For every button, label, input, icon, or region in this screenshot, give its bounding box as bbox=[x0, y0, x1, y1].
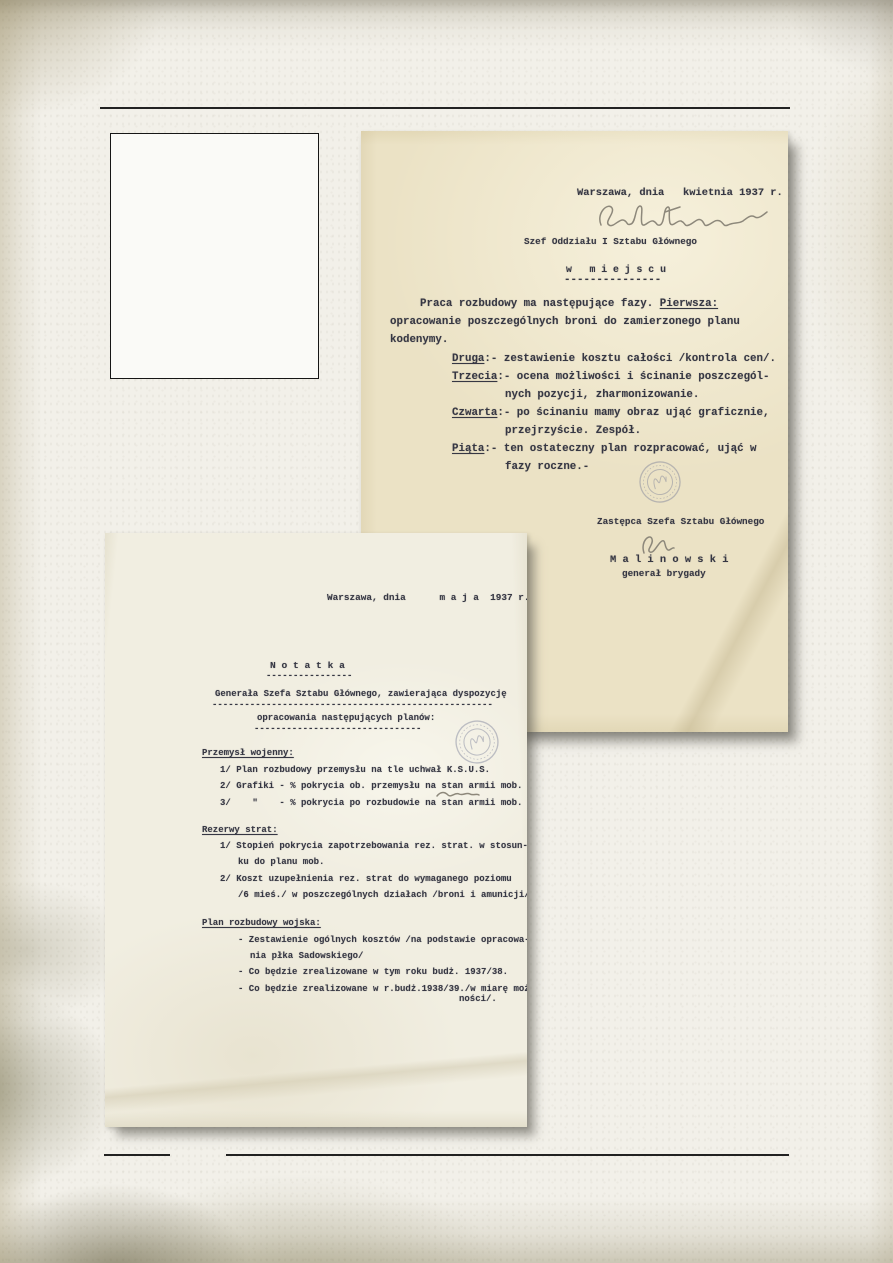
phase-5-line: Piąta:- ten ostateczny plan rozpracować,… bbox=[452, 444, 757, 456]
phase-2-line: Druga:- zestawienie kosztu całości /kont… bbox=[452, 354, 776, 366]
phase-4-line: Czwarta:- po ścinaniu mamy obraz ująć gr… bbox=[452, 408, 770, 420]
list-item-continuation: ku do planu mob. bbox=[238, 858, 324, 868]
top-divider-rule bbox=[100, 107, 790, 109]
image-placeholder-box bbox=[110, 133, 319, 379]
list-item: - Zestawienie ogólnych kosztów /na podst… bbox=[238, 936, 527, 946]
paragraph-line-3: kodenymy. bbox=[390, 335, 448, 347]
section-heading-rezerwy-strat: Rezerwy strat: bbox=[202, 826, 278, 836]
phase-1-label: Pierwsza: bbox=[660, 298, 718, 310]
phase-3-label: Trzecia bbox=[452, 371, 497, 383]
date-line: Warszawa, dnia m a j a 1937 r. bbox=[327, 593, 527, 603]
list-item: 2/ Koszt uzupełnienia rez. strat do wyma… bbox=[220, 875, 512, 885]
signatory-name: M a l i n o w s k i bbox=[610, 555, 728, 566]
list-item-continuation: nia płka Sadowskiego/ bbox=[250, 952, 363, 962]
document-may-1937: Warszawa, dnia m a j a 1937 r. N o t a t… bbox=[105, 533, 527, 1127]
subtitle-2-underline: ------------------------------- bbox=[254, 725, 421, 735]
list-item: 1/ Plan rozbudowy przemysłu na tle uchwa… bbox=[220, 766, 490, 776]
phase-4-label: Czwarta bbox=[452, 407, 497, 419]
paragraph-line-1-plain: Praca rozbudowy ma następujące fazy. bbox=[420, 298, 660, 310]
bottom-divider-rule-long bbox=[226, 1154, 789, 1156]
phase-2-label: Druga bbox=[452, 353, 484, 365]
list-item: 1/ Stopień pokrycia zapotrzebowania rez.… bbox=[220, 842, 527, 852]
paragraph-line-1: Praca rozbudowy ma następujące fazy. Pie… bbox=[420, 299, 718, 311]
section-heading-przemysl-wojenny: Przemysł wojenny: bbox=[202, 749, 294, 759]
scanned-book-page: Warszawa, dnia kwietnia 1937 r. Szef Odd… bbox=[0, 0, 893, 1263]
phase-5-continuation: fazy roczne.- bbox=[505, 462, 589, 474]
phase-3-text: :- ocena możliwości i ścinanie poszczegó… bbox=[497, 371, 769, 383]
signatory-rank: generał brygady bbox=[622, 569, 706, 579]
phase-4-continuation: przejrzyście. Zespół. bbox=[505, 426, 641, 438]
handwritten-signature-icon bbox=[595, 199, 775, 233]
phase-5-text: :- ten ostateczny plan rozpracować, ująć… bbox=[484, 443, 756, 455]
round-ink-stamp-icon bbox=[634, 456, 686, 508]
note-title: N o t a t k a bbox=[270, 661, 345, 672]
phase-2-text: :- zestawienie kosztu całości /kontrola … bbox=[484, 353, 776, 365]
subtitle-line-1: Generała Szefa Sztabu Głównego, zawieraj… bbox=[215, 690, 507, 700]
round-ink-stamp-icon bbox=[450, 715, 505, 770]
phase-3-continuation: nych pozycji, zharmonizowanie. bbox=[505, 390, 699, 402]
phase-4-text: :- po ścinaniu mamy obraz ująć graficzni… bbox=[497, 407, 769, 419]
section-heading-plan-rozbudowy-wojska: Plan rozbudowy wojska: bbox=[202, 919, 321, 929]
paragraph-line-2: opracowanie poszczególnych broni do zami… bbox=[390, 317, 740, 329]
addressee-line: Szef Oddziału I Sztabu Głównego bbox=[524, 237, 697, 247]
note-title-underline: ---------------- bbox=[266, 672, 352, 682]
signoff-title: Zastępca Szefa Sztabu Głównego bbox=[597, 517, 764, 527]
phase-5-label: Piąta bbox=[452, 443, 484, 455]
date-line: Warszawa, dnia kwietnia 1937 r. bbox=[577, 188, 783, 199]
list-item-continuation: /6 mieś./ w poszczególnych działach /bro… bbox=[238, 891, 527, 901]
subtitle-line-2: opracowania następujących planów: bbox=[257, 714, 435, 724]
salutation-underline: --------------- bbox=[564, 275, 661, 287]
subtitle-1-underline: ----------------------------------------… bbox=[212, 701, 493, 711]
phase-3-line: Trzecia:- ocena możliwości i ścinanie po… bbox=[452, 372, 770, 384]
list-item: 3/ " - % pokrycia po rozbudowie na stan … bbox=[220, 799, 522, 809]
list-item: - Co będzie zrealizowane w tym roku budż… bbox=[238, 968, 508, 978]
bottom-divider-rule-short bbox=[104, 1154, 170, 1156]
list-item-continuation: ności/. bbox=[459, 995, 497, 1005]
